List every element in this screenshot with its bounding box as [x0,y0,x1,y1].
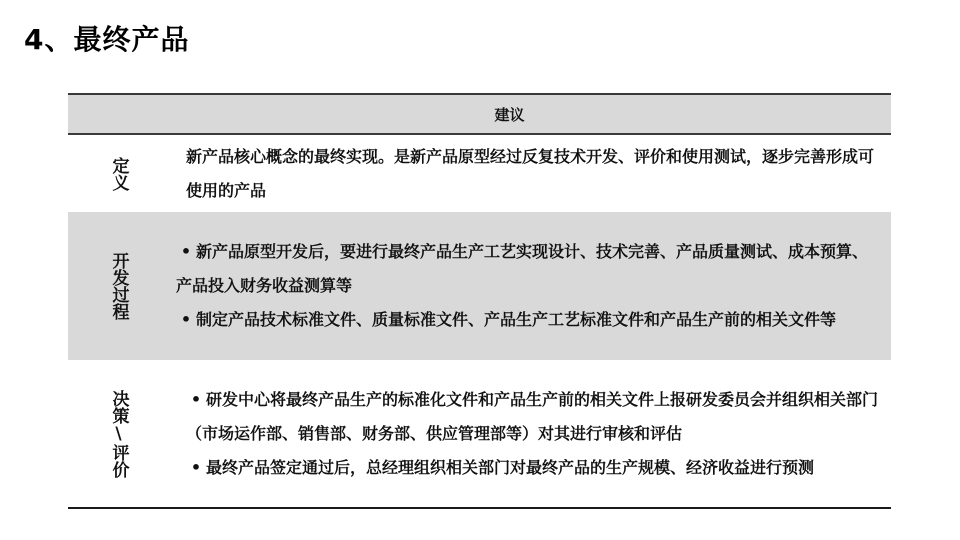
table-row-development-process: 开发过程 •新产品原型开发后，要进行最终产品生产工艺实现设计、技术完善、产品质量… [68,212,891,360]
bullet-text: 研发中心将最终产品生产的标准化文件和产品生产前的相关文件上报研发委员会并组织相关… [186,390,878,443]
bullet-item: •最终产品签定通过后，总经理组织相关部门对最终产品的生产规模、经济收益进行预测 [186,451,881,485]
content-table: 建议 定义 新产品核心概念的最终实现。是新产品原型经过反复技术开发、评价和使用测… [68,93,891,509]
row-content-development-process: •新产品原型开发后，要进行最终产品生产工艺实现设计、技术完善、产品质量测试、成本… [168,235,891,337]
bullet-icon: • [176,303,196,337]
bullet-item: •制定产品技术标准文件、质量标准文件、产品生产工艺标准文件和产品生产前的相关文件… [176,303,881,337]
row-label-development-process: 开发过程 [68,252,168,320]
table-header: 建议 [68,93,891,135]
table-row-definition: 定义 新产品核心概念的最终实现。是新产品原型经过反复技术开发、评价和使用测试，逐… [68,135,891,212]
bullet-text: 最终产品签定通过后，总经理组织相关部门对最终产品的生产规模、经济收益进行预测 [206,458,814,477]
bullet-item: •研发中心将最终产品生产的标准化文件和产品生产前的相关文件上报研发委员会并组织相… [186,383,881,451]
slide-title: 4、最终产品 [24,18,189,58]
row-label-definition: 定义 [68,157,168,191]
bullet-text: 新产品原型开发后，要进行最终产品生产工艺实现设计、技术完善、产品质量测试、成本预… [176,242,868,295]
bullet-icon: • [186,451,206,485]
bullet-icon: • [186,383,206,417]
bullet-text: 制定产品技术标准文件、质量标准文件、产品生产工艺标准文件和产品生产前的相关文件等 [196,310,836,329]
table-row-decision-evaluation: 决策\评价 •研发中心将最终产品生产的标准化文件和产品生产前的相关文件上报研发委… [68,360,891,509]
bullet-icon: • [176,235,196,269]
row-content-decision-evaluation: •研发中心将最终产品生产的标准化文件和产品生产前的相关文件上报研发委员会并组织相… [168,383,891,485]
row-label-decision-evaluation: 决策\评价 [68,390,168,478]
bullet-item: •新产品原型开发后，要进行最终产品生产工艺实现设计、技术完善、产品质量测试、成本… [176,235,881,303]
row-content-definition: 新产品核心概念的最终实现。是新产品原型经过反复技术开发、评价和使用测试，逐步完善… [168,140,891,208]
